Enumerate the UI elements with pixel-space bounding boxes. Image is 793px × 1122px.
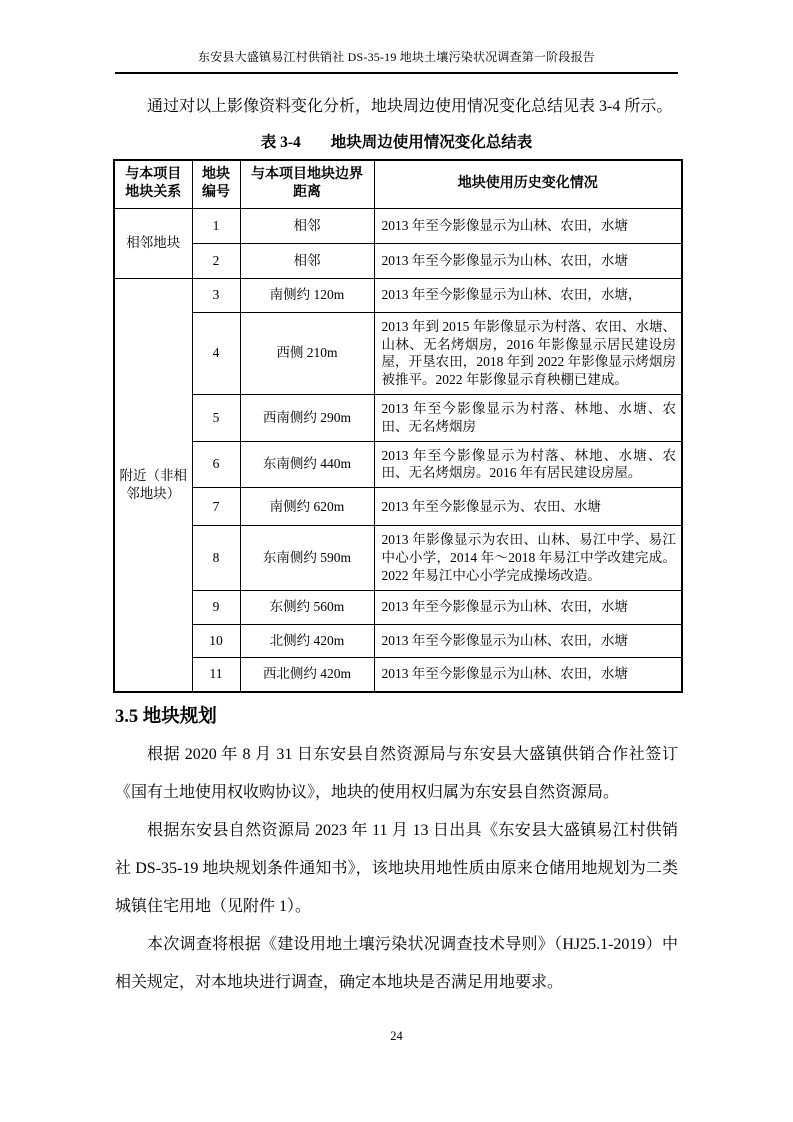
header-cell-distance: 与本项目地块边界 距离 [240,160,374,208]
document-page: 东安县大盛镇易江村供销社 DS-35-19 地块土壤污染状况调查第一阶段报告 通… [0,0,793,1122]
table-row: 11 西北侧约 420m 2013 年至今影像显示为山林、农田，水塘 [114,657,682,692]
cell-relation-nearby: 附近（非相 邻地块） [114,278,192,692]
page-footer: 24 [0,1029,793,1044]
cell-history: 2013 年至今影像显示为山林、农田，水塘 [374,657,682,692]
running-header-title: 东安县大盛镇易江村供销社 DS-35-19 地块土壤污染状况调查第一阶段报告 [115,50,678,72]
header-cell-relation: 与本项目 地块关系 [114,160,192,208]
cell-distance: 北侧约 420m [240,624,374,657]
cell-plot-no: 11 [192,657,240,692]
cell-distance: 西侧 210m [240,312,374,394]
cell-history: 2013 年影像显示为农田、山林、易江中学、易江中心小学，2014 年～2018… [374,526,682,590]
body-paragraph: 本次调查将根据《建设用地土壤污染状况调查技术导则》（HJ25.1-2019）中相… [115,926,678,1002]
cell-history: 2013 年至今影像显示为山林、农田，水塘 [374,208,682,243]
table-row: 5 西南侧约 290m 2013 年至今影像显示为村落、林地、水塘、农田、无名烤… [114,394,682,441]
cell-history: 2013 年至今影像显示为、农田、水塘 [374,488,682,526]
cell-history: 2013 年至今影像显示为山林、农田，水塘 [374,590,682,624]
header-cell-history: 地块使用历史变化情况 [374,160,682,208]
table-caption-title: 地块周边使用情况变化总结表 [331,134,533,153]
body-paragraph: 根据 2020 年 8 月 31 日东安县自然资源局与东安县大盛镇供销合作社签订… [115,736,678,812]
cell-plot-no: 4 [192,312,240,394]
table-row: 8 东南侧约 590m 2013 年影像显示为农田、山林、易江中学、易江中心小学… [114,526,682,590]
cell-plot-no: 7 [192,488,240,526]
cell-relation-adjacent: 相邻地块 [114,208,192,278]
cell-history: 2013 年至今影像显示为山林、农田，水塘 [374,624,682,657]
cell-distance: 东南侧约 590m [240,526,374,590]
cell-history: 2013 年到 2015 年影像显示为村落、农田、水塘、山林、无名烤烟房，201… [374,312,682,394]
table-caption: 表 3-4 地块周边使用情况变化总结表 [115,134,678,153]
body-paragraph: 根据东安县自然资源局 2023 年 11 月 13 日出具《东安县大盛镇易江村供… [115,812,678,926]
table-row: 相邻地块 1 相邻 2013 年至今影像显示为山林、农田，水塘 [114,208,682,243]
cell-history: 2013 年至今影像显示为村落、林地、水塘、农田、无名烤烟房。2016 年有居民… [374,441,682,488]
cell-distance: 相邻 [240,243,374,278]
cell-history: 2013 年至今影像显示为村落、林地、水塘、农田、无名烤烟房 [374,394,682,441]
cell-plot-no: 8 [192,526,240,590]
cell-plot-no: 9 [192,590,240,624]
table-row: 6 东南侧约 440m 2013 年至今影像显示为村落、林地、水塘、农田、无名烤… [114,441,682,488]
cell-distance: 西北侧约 420m [240,657,374,692]
cell-distance: 南侧约 120m [240,278,374,312]
intro-paragraph: 通过对以上影像资料变化分析，地块周边使用情况变化总结见表 3-4 所示。 [115,95,678,119]
cell-distance: 东侧约 560m [240,590,374,624]
cell-distance: 南侧约 620m [240,488,374,526]
land-use-summary-table: 与本项目 地块关系 地块 编号 与本项目地块边界 距离 地块使用历史变化情况 相… [113,159,683,693]
table-caption-label: 表 3-4 [261,134,301,153]
table-row: 9 东侧约 560m 2013 年至今影像显示为山林、农田，水塘 [114,590,682,624]
page-number: 24 [390,1029,403,1043]
table-header-row: 与本项目 地块关系 地块 编号 与本项目地块边界 距离 地块使用历史变化情况 [114,160,682,208]
running-header: 东安县大盛镇易江村供销社 DS-35-19 地块土壤污染状况调查第一阶段报告 [115,0,678,74]
cell-history: 2013 年至今影像显示为山林、农田，水塘， [374,278,682,312]
cell-distance: 东南侧约 440m [240,441,374,488]
table-row: 7 南侧约 620m 2013 年至今影像显示为、农田、水塘 [114,488,682,526]
cell-distance: 西南侧约 290m [240,394,374,441]
table-row: 4 西侧 210m 2013 年到 2015 年影像显示为村落、农田、水塘、山林… [114,312,682,394]
cell-plot-no: 10 [192,624,240,657]
table-row: 2 相邻 2013 年至今影像显示为山林、农田，水塘 [114,243,682,278]
cell-plot-no: 2 [192,243,240,278]
section-heading: 3.5 地块规划 [115,705,678,729]
cell-history: 2013 年至今影像显示为山林、农田，水塘 [374,243,682,278]
cell-plot-no: 3 [192,278,240,312]
cell-plot-no: 5 [192,394,240,441]
table-row: 10 北侧约 420m 2013 年至今影像显示为山林、农田，水塘 [114,624,682,657]
cell-plot-no: 1 [192,208,240,243]
header-cell-plot-no: 地块 编号 [192,160,240,208]
cell-distance: 相邻 [240,208,374,243]
cell-plot-no: 6 [192,441,240,488]
table-row: 附近（非相 邻地块） 3 南侧约 120m 2013 年至今影像显示为山林、农田… [114,278,682,312]
